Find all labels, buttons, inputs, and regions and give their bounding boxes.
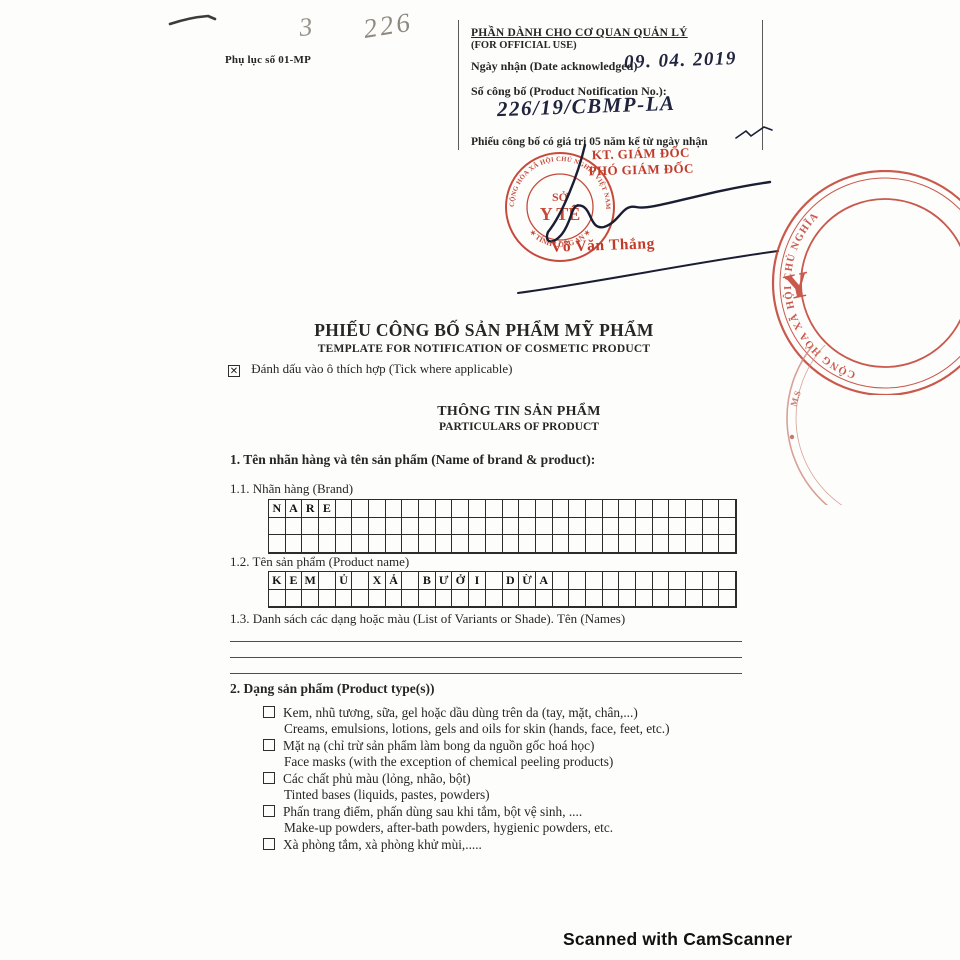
- grid-cell: [669, 535, 686, 553]
- grid-cell: [302, 518, 319, 536]
- grid-cell: [402, 572, 419, 590]
- grid-cell: [486, 535, 503, 553]
- small-initial-scribble: [736, 127, 772, 138]
- grid-cell: [319, 535, 336, 553]
- variants-label: 1.3. Danh sách các dạng hoặc màu (List o…: [230, 611, 625, 627]
- grid-cell: [452, 535, 469, 553]
- grid-cell: [319, 572, 336, 590]
- scanned-document-page: 3 226 Phụ lục số 01-MP PHẦN DÀNH CHO CƠ …: [0, 0, 960, 960]
- product-type-item: Kem, nhũ tương, sữa, gel hoặc dầu dùng t…: [230, 705, 752, 738]
- grid-cell: B: [419, 572, 436, 590]
- grid-cell: [419, 500, 436, 518]
- grid-cell: [703, 535, 720, 553]
- grid-cell: [503, 535, 520, 553]
- grid-cell: [519, 590, 536, 608]
- grid-cell: [519, 518, 536, 536]
- section1-heading: 1. Tên nhãn hàng và tên sản phẩm (Name o…: [230, 452, 595, 468]
- grid-cell: [653, 518, 670, 536]
- grid-cell: [402, 500, 419, 518]
- product-type-label-vn: Mặt nạ (chỉ trừ sản phẩm làm bong da ngu…: [283, 738, 594, 753]
- grid-cell: Ư: [436, 572, 453, 590]
- product-type-item: Phấn trang điểm, phấn dùng sau khi tắm, …: [230, 804, 752, 837]
- grid-cell: [419, 535, 436, 553]
- grid-cell: [686, 590, 703, 608]
- grid-cell: [719, 500, 736, 518]
- grid-cell: [653, 535, 670, 553]
- grid-cell: [452, 500, 469, 518]
- section2-product-types: 2. Dạng sản phẩm (Product type(s)) Kem, …: [230, 681, 752, 853]
- grid-cell: [486, 590, 503, 608]
- grid-cell: [436, 500, 453, 518]
- grid-cell: [553, 500, 570, 518]
- tick-instruction: ✕ Đánh dấu vào ô thích hợp (Tick where a…: [228, 361, 513, 377]
- grid-cell: Ả: [386, 572, 403, 590]
- product-info-header-en: PARTICULARS OF PRODUCT: [269, 421, 769, 433]
- grid-cell: [352, 500, 369, 518]
- grid-cell: [553, 535, 570, 553]
- grid-cell: [569, 535, 586, 553]
- grid-cell: [636, 572, 653, 590]
- grid-cell: [536, 500, 553, 518]
- grid-cell: [486, 500, 503, 518]
- grid-cell: [586, 500, 603, 518]
- grid-cell: [669, 500, 686, 518]
- grid-cell: [503, 500, 520, 518]
- handwritten-date-value: 09. 04. 2019: [624, 48, 738, 74]
- grid-cell: [719, 518, 736, 536]
- grid-cell: [569, 590, 586, 608]
- grid-cell: [603, 518, 620, 536]
- grid-cell: A: [536, 572, 553, 590]
- grid-cell: [419, 518, 436, 536]
- grid-cell: [536, 518, 553, 536]
- partial-stamp-lower-right: M.S: [770, 345, 960, 505]
- grid-cell: [486, 518, 503, 536]
- grid-cell: [536, 590, 553, 608]
- product-type-label-en: Creams, emulsions, lotions, gels and oil…: [263, 721, 752, 738]
- appendix-label: Phụ lục số 01-MP: [225, 54, 311, 66]
- grid-cell: [302, 535, 319, 553]
- blank-ruled-line: [230, 641, 742, 642]
- grid-cell: [586, 518, 603, 536]
- grid-cell: [553, 518, 570, 536]
- grid-cell: [302, 590, 319, 608]
- product-type-label-en: Face masks (with the exception of chemic…: [263, 754, 752, 771]
- grid-cell: [569, 500, 586, 518]
- grid-cell: [703, 500, 720, 518]
- grid-cell: [619, 572, 636, 590]
- product-type-label-en: Make-up powders, after-bath powders, hyg…: [263, 820, 752, 837]
- section2-heading: 2. Dạng sản phẩm (Product type(s)): [230, 681, 752, 698]
- grid-cell: [319, 590, 336, 608]
- grid-cell: Ừ: [519, 572, 536, 590]
- grid-cell: X: [369, 572, 386, 590]
- grid-cell: [519, 500, 536, 518]
- grid-cell: [669, 590, 686, 608]
- grid-cell: [719, 572, 736, 590]
- grid-cell: [569, 572, 586, 590]
- product-type-item: Xà phòng tắm, xà phòng khử mùi,.....: [230, 837, 752, 854]
- faint-stamp-inner-arc: [796, 345, 960, 505]
- grid-cell: [402, 518, 419, 536]
- product-type-checkbox: [263, 739, 275, 751]
- grid-cell: [603, 590, 620, 608]
- grid-cell: [636, 535, 653, 553]
- grid-cell: [669, 572, 686, 590]
- product-type-item: Mặt nạ (chỉ trừ sản phẩm làm bong da ngu…: [230, 738, 752, 771]
- grid-cell: [586, 590, 603, 608]
- grid-cell: [469, 518, 486, 536]
- product-type-checkbox: [263, 706, 275, 718]
- product-type-label-en: Tinted bases (liquids, pastes, powders): [263, 787, 752, 804]
- director-signature: [440, 118, 800, 308]
- grid-cell: [686, 500, 703, 518]
- grid-cell: [686, 535, 703, 553]
- grid-cell: [286, 518, 303, 536]
- grid-cell: [619, 518, 636, 536]
- grid-cell: [653, 590, 670, 608]
- grid-cell: [286, 535, 303, 553]
- grid-cell: [452, 518, 469, 536]
- grid-cell: [636, 500, 653, 518]
- grid-cell: [352, 572, 369, 590]
- grid-cell: [719, 535, 736, 553]
- grid-cell: [386, 590, 403, 608]
- grid-cell: [653, 572, 670, 590]
- grid-cell: E: [319, 500, 336, 518]
- product-name-letter-grid: KEMỦXẢBƯỞIDỪA: [268, 571, 737, 608]
- product-type-label-vn: Kem, nhũ tương, sữa, gel hoặc dầu dùng t…: [283, 705, 638, 720]
- grid-cell: [719, 590, 736, 608]
- grid-cell: [486, 572, 503, 590]
- grid-cell: [569, 518, 586, 536]
- grid-cell: [519, 535, 536, 553]
- grid-cell: [653, 500, 670, 518]
- grid-cell: [436, 518, 453, 536]
- grid-cell: [336, 518, 353, 536]
- product-type-label-vn: Phấn trang điểm, phấn dùng sau khi tắm, …: [283, 804, 582, 819]
- grid-cell: I: [469, 572, 486, 590]
- tick-instruction-checkbox: ✕: [228, 365, 240, 377]
- grid-cell: M: [302, 572, 319, 590]
- grid-cell: [619, 535, 636, 553]
- grid-cell: N: [269, 500, 286, 518]
- grid-cell: [503, 590, 520, 608]
- grid-cell: [553, 572, 570, 590]
- grid-cell: [352, 518, 369, 536]
- grid-cell: [536, 535, 553, 553]
- grid-cell: [269, 535, 286, 553]
- grid-cell: [703, 518, 720, 536]
- grid-cell: E: [286, 572, 303, 590]
- grid-cell: [603, 572, 620, 590]
- grid-cell: [603, 535, 620, 553]
- grid-cell: [286, 590, 303, 608]
- grid-cell: [603, 500, 620, 518]
- tick-instruction-text: Đánh dấu vào ô thích hợp (Tick where app…: [251, 361, 512, 376]
- grid-cell: [386, 535, 403, 553]
- grid-cell: [436, 590, 453, 608]
- product-info-header: THÔNG TIN SẢN PHẨM PARTICULARS OF PRODUC…: [269, 404, 769, 433]
- grid-cell: [369, 500, 386, 518]
- grid-cell: [336, 535, 353, 553]
- grid-cell: [686, 518, 703, 536]
- grid-cell: Ủ: [336, 572, 353, 590]
- handwritten-number-large: 226: [361, 7, 415, 44]
- camscanner-watermark: Scanned with CamScanner: [563, 929, 792, 950]
- brand-label: 1.1. Nhãn hàng (Brand): [230, 481, 353, 497]
- grid-cell: [469, 590, 486, 608]
- product-type-checkbox: [263, 838, 275, 850]
- pen-dash-mark: [170, 16, 215, 24]
- grid-cell: [619, 590, 636, 608]
- product-type-label-vn: Các chất phủ màu (lỏng, nhão, bột): [283, 771, 471, 786]
- grid-cell: [319, 518, 336, 536]
- faint-stamp-outer-arc: [787, 345, 960, 505]
- product-type-checkbox: [263, 772, 275, 784]
- form-title-vn: PHIẾU CÔNG BỐ SẢN PHẨM MỸ PHẨM: [234, 320, 734, 341]
- signature-underline-stroke: [518, 251, 778, 293]
- form-title-en: TEMPLATE FOR NOTIFICATION OF COSMETIC PR…: [234, 343, 734, 355]
- grid-cell: [553, 590, 570, 608]
- product-name-label: 1.2. Tên sản phẩm (Product name): [230, 554, 409, 570]
- grid-cell: [336, 500, 353, 518]
- product-type-list: Kem, nhũ tương, sữa, gel hoặc dầu dùng t…: [230, 705, 752, 854]
- faint-stamp-dot: [790, 435, 794, 439]
- grid-cell: [686, 572, 703, 590]
- product-type-checkbox: [263, 805, 275, 817]
- grid-cell: [402, 535, 419, 553]
- handwritten-top-marks: 3 226: [150, 0, 460, 60]
- form-title-block: PHIẾU CÔNG BỐ SẢN PHẨM MỸ PHẨM TEMPLATE …: [234, 320, 734, 355]
- signature-main-stroke: [547, 145, 770, 241]
- grid-cell: [386, 518, 403, 536]
- grid-cell: [369, 590, 386, 608]
- grid-cell: [402, 590, 419, 608]
- grid-cell: [386, 500, 403, 518]
- grid-cell: [419, 590, 436, 608]
- grid-cell: [369, 518, 386, 536]
- grid-cell: [336, 590, 353, 608]
- handwritten-number-small: 3: [297, 12, 313, 42]
- official-box-title-vn: PHẦN DÀNH CHO CƠ QUAN QUẢN LÝ: [471, 27, 752, 39]
- grid-cell: [352, 535, 369, 553]
- product-type-label-vn: Xà phòng tắm, xà phòng khử mùi,.....: [283, 837, 482, 852]
- signer-name: Võ Văn Thắng: [551, 235, 656, 257]
- grid-cell: [503, 518, 520, 536]
- blank-ruled-line: [230, 673, 742, 674]
- grid-cell: [369, 535, 386, 553]
- grid-cell: R: [302, 500, 319, 518]
- grid-cell: [269, 590, 286, 608]
- grid-cell: [703, 590, 720, 608]
- grid-cell: [669, 518, 686, 536]
- grid-cell: K: [269, 572, 286, 590]
- product-info-header-vn: THÔNG TIN SẢN PHẨM: [269, 404, 769, 420]
- grid-cell: [469, 500, 486, 518]
- grid-cell: [452, 590, 469, 608]
- grid-cell: [619, 500, 636, 518]
- partial-stamp-inner-ring: [801, 199, 960, 367]
- grid-cell: [636, 518, 653, 536]
- grid-cell: [352, 590, 369, 608]
- grid-cell: [586, 572, 603, 590]
- grid-cell: [636, 590, 653, 608]
- brand-letter-grid: NARE: [268, 499, 737, 554]
- blank-ruled-line: [230, 657, 742, 658]
- grid-cell: [436, 535, 453, 553]
- grid-cell: [703, 572, 720, 590]
- grid-cell: A: [286, 500, 303, 518]
- product-type-item: Các chất phủ màu (lỏng, nhão, bột) Tinte…: [230, 771, 752, 804]
- grid-cell: [586, 535, 603, 553]
- grid-cell: [469, 535, 486, 553]
- grid-cell: D: [503, 572, 520, 590]
- grid-cell: [269, 518, 286, 536]
- grid-cell: Ở: [452, 572, 469, 590]
